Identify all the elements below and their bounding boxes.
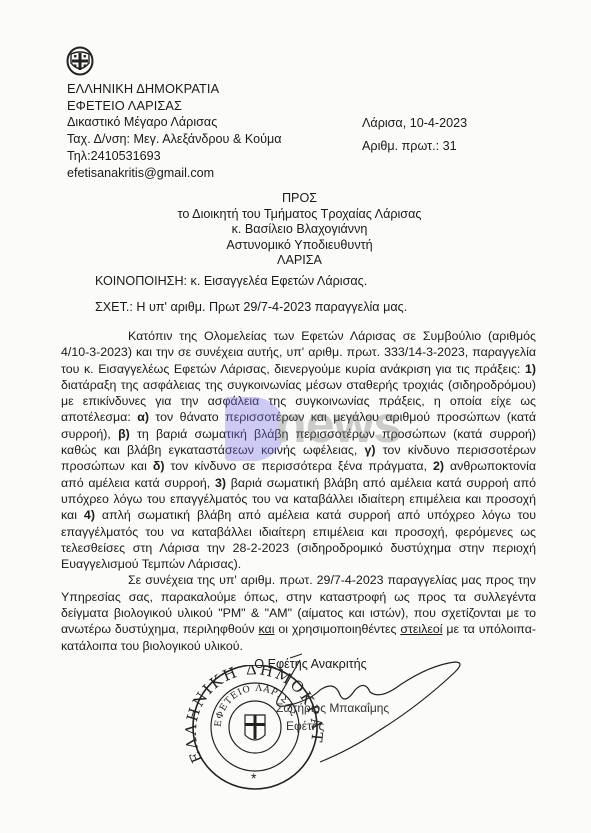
body-text: Κατόπιν της Ολομελείας των Εφετών Λάρισα… xyxy=(61,329,536,376)
greek-coat-of-arms-icon xyxy=(66,46,94,76)
body-text: οι χρησιμοποιηθέντες xyxy=(274,622,400,636)
item-number: β) xyxy=(118,427,130,441)
notification-line: ΚΟΙΝΟΠΟΙΗΣΗ: κ. Εισαγγελέα Εφετών Λάρισα… xyxy=(95,274,367,288)
signer-name: Σωτήριος Μπακαΐμης xyxy=(276,701,389,715)
republic-name: ΕΛΛΗΝΙΚΗ ΔΗΜΟΚΡΑΤΙΑ xyxy=(67,80,282,97)
body-text: απλή σωματική βλάβη από αμέλεια κατά συρ… xyxy=(61,508,536,571)
body-paragraph-2: Σε συνέχεια της υπ' αριθμ. πρωτ. 29/7-4-… xyxy=(61,572,536,653)
dnews-watermark: news xyxy=(225,393,415,463)
recipient-label: ΠΡΟΣ xyxy=(0,191,591,207)
item-number: 3) xyxy=(215,476,226,490)
signer-role: Εφέτης xyxy=(286,719,324,733)
phone: Τηλ:2410531693 xyxy=(67,148,282,165)
item-number: 1) xyxy=(525,362,536,376)
recipient-line: Αστυνομικό Υποδιευθυντή xyxy=(0,238,591,254)
sender-header: ΕΛΛΗΝΙΚΗ ΔΗΜΟΚΡΑΤΙΑ ΕΦΕΤΕΙΟ ΛΑΡΙΣΑΣ Δικα… xyxy=(67,80,282,182)
item-number: α) xyxy=(137,410,149,424)
underlined-text: στειλεοί xyxy=(400,622,442,636)
protocol-number: Αριθμ. πρωτ.: 31 xyxy=(362,135,467,158)
email: efetisanakritis@gmail.com xyxy=(67,165,282,182)
recipient-line: κ. Βασίλειο Βλαχογιάννη xyxy=(0,222,591,238)
document-date: Λάρισα, 10-4-2023 xyxy=(362,112,467,135)
recipient-line: ΛΑΡΙΣΑ xyxy=(0,253,591,269)
underlined-text: και xyxy=(259,622,275,636)
address: Ταχ. Δ/νση: Μεγ. Αλεξάνδρου & Κούμα xyxy=(67,131,282,148)
letter-body: Κατόπιν της Ολομελείας των Εφετών Λάρισα… xyxy=(61,328,536,654)
building: Δικαστικό Μέγαρο Λάρισας xyxy=(67,114,282,131)
item-number: 2) xyxy=(433,459,444,473)
watermark-text: news xyxy=(275,395,401,455)
item-number: δ) xyxy=(153,459,165,473)
court-name: ΕΦΕΤΕΙΟ ΛΑΡΙΣΑΣ xyxy=(67,97,282,114)
recipient-line: το Διοικητή του Τμήματος Τροχαίας Λάρισα… xyxy=(0,207,591,223)
date-block: Λάρισα, 10-4-2023 Αριθμ. πρωτ.: 31 xyxy=(362,112,467,158)
subject-line: ΣΧΕΤ.: Η υπ' αριθμ. Πρωτ 29/7-4-2023 παρ… xyxy=(95,300,407,314)
svg-text:*: * xyxy=(251,770,257,786)
recipient-block: ΠΡΟΣ το Διοικητή του Τμήματος Τροχαίας Λ… xyxy=(0,191,591,269)
item-number: 4) xyxy=(84,508,95,522)
